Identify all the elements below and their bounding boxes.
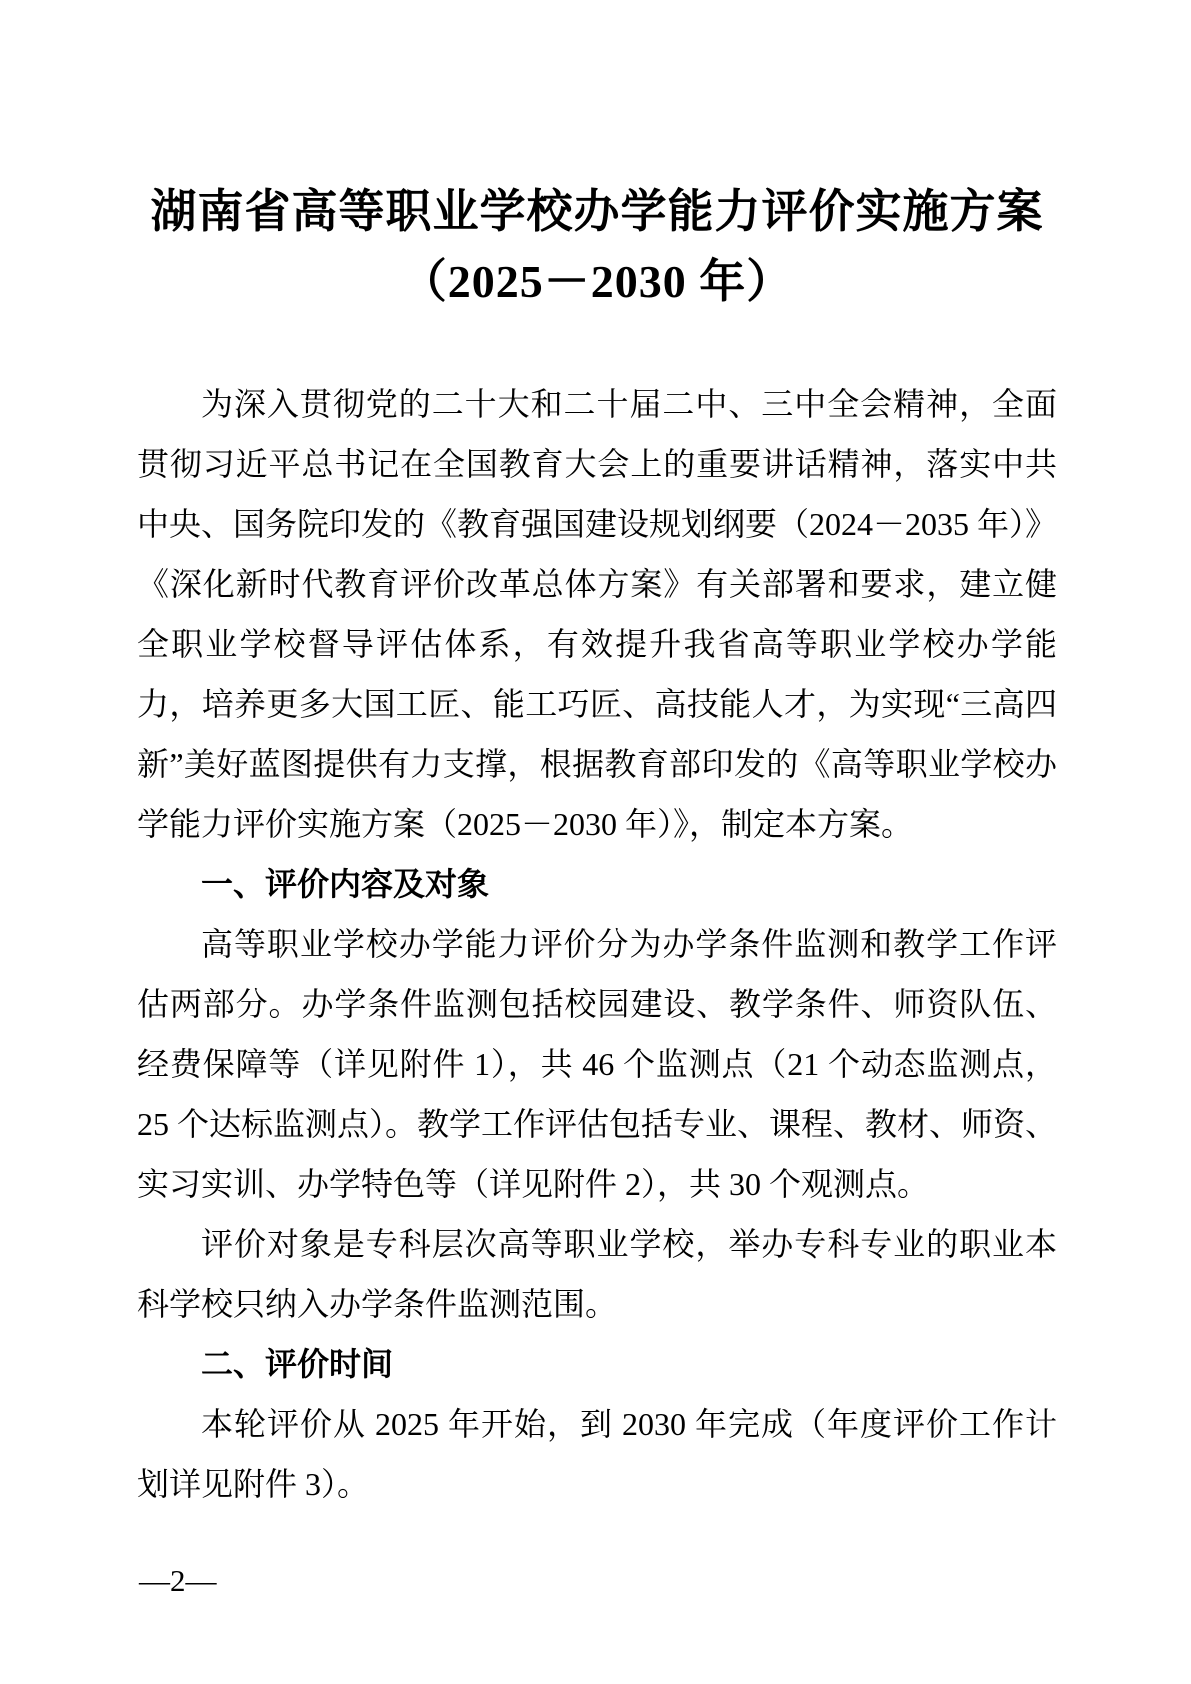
page-number: —2—	[139, 1563, 217, 1599]
document-title: 湖南省高等职业学校办学能力评价实施方案 （2025－2030 年）	[137, 177, 1057, 317]
paragraph-evaluation-timeline: 本轮评价从 2025 年开始，到 2030 年完成（年度评价工作计划详见附件 3…	[137, 1394, 1057, 1514]
paragraph-evaluation-targets: 评价对象是专科层次高等职业学校，举办专科专业的职业本科学校只纳入办学条件监测范围…	[137, 1214, 1057, 1334]
section-heading-content-and-targets: 一、评价内容及对象	[137, 854, 1057, 914]
paragraph-intro: 为深入贯彻党的二十大和二十届二中、三中全会精神，全面贯彻习近平总书记在全国教育大…	[137, 374, 1057, 854]
document-content: 湖南省高等职业学校办学能力评价实施方案 （2025－2030 年） 为深入贯彻党…	[137, 177, 1057, 1514]
section-heading-evaluation-time: 二、评价时间	[137, 1334, 1057, 1394]
paragraph-evaluation-content: 高等职业学校办学能力评价分为办学条件监测和教学工作评估两部分。办学条件监测包括校…	[137, 914, 1057, 1214]
title-line-2: （2025－2030 年）	[137, 247, 1057, 317]
title-line-1: 湖南省高等职业学校办学能力评价实施方案	[137, 177, 1057, 247]
document-page: 湖南省高等职业学校办学能力评价实施方案 （2025－2030 年） 为深入贯彻党…	[0, 0, 1191, 1684]
